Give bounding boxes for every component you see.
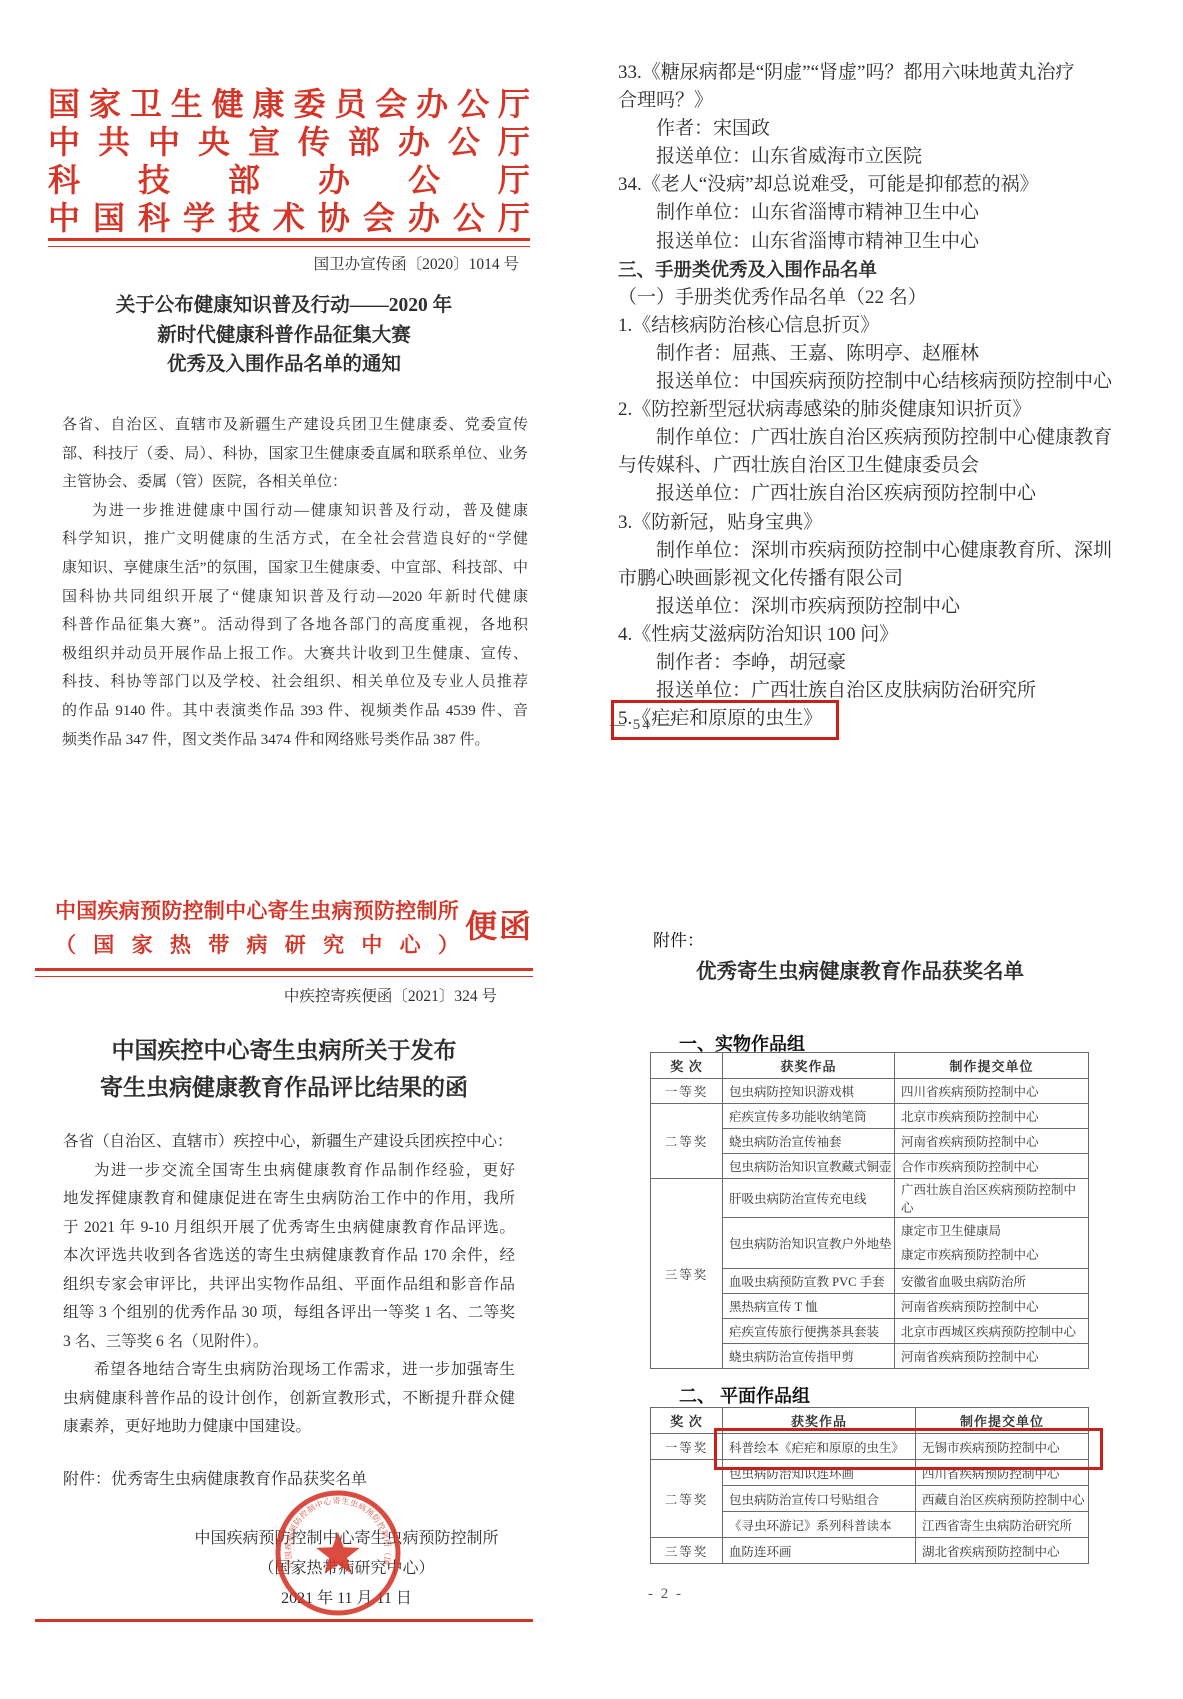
text-line: 报送单位：广西壮族自治区疾病预防控制中心	[618, 480, 1112, 508]
unit-cell: 西藏自治区疾病预防控制中心	[916, 1486, 1089, 1512]
text-line: 康知识、享健康生活”的氛围，国家卫生健康委、中宣部、科技部、中	[62, 554, 528, 583]
text-line: 制作单位：广西壮族自治区疾病预防控制中心健康教育	[618, 424, 1112, 452]
text-line: 部、科技厅（委、局）、科协，国家卫生健康委直属和联系单位、业务	[62, 440, 528, 469]
notice-title-line: 优秀及入围作品名单的通知	[35, 350, 533, 380]
official-seal-icon: 中国疾病预防控制中心寄生虫病预防控制所（国家热带病研究中心）	[272, 1487, 404, 1619]
award-tier-cell: 一等奖	[651, 1434, 723, 1460]
text-line: 的作品 9140 件。其中表演类作品 393 件、视频类作品 4539 件、音	[62, 697, 528, 726]
attachment-note: 附件：优秀寄生虫病健康教育作品获奖名单	[63, 1466, 367, 1489]
column-header: 奖 次	[651, 1408, 723, 1434]
text-line: 科学知识，推广文明健康的生活方式，在全社会营造良好的“学健	[62, 525, 528, 554]
work-title-cell: 包虫病防治知识宣教藏式铜壶	[723, 1154, 895, 1179]
text-line: 地发挥健康教育和健康促进在寄生虫病防治工作中的作用，我所	[63, 1185, 515, 1214]
text-line: 为进一步推进健康中国行动—健康知识普及行动，普及健康	[62, 497, 528, 526]
unit-cell: 江西省寄生虫病防治研究所	[916, 1512, 1089, 1538]
text-line: 各省（自治区、直辖市）疾控中心，新疆生产建设兵团疾控中心：	[63, 1128, 515, 1157]
award-tier-cell: 二等奖	[651, 1460, 723, 1538]
text-line: 本次评选共收到各省选送的寄生虫病健康教育作品 170 余件，经	[63, 1242, 515, 1271]
text-line: 报送单位：深圳市疾病预防控制中心	[618, 593, 1112, 621]
notice-title-line: 关于公布健康知识普及行动——2020 年	[35, 291, 533, 321]
page-number: — 54 —	[610, 717, 675, 734]
memo-title-line: 寄生虫病健康教育作品评比结果的函	[35, 1069, 533, 1106]
column-header: 奖 次	[651, 1053, 723, 1079]
letterhead-line: 中国科学技术协会办公厅	[48, 199, 530, 237]
text-line: 主管协会、委属（管）医院，各相关单位：	[62, 468, 528, 497]
header-row: 奖 次获奖作品制作提交单位	[651, 1053, 1089, 1079]
notice-body: 各省、自治区、直辖市及新疆生产建设兵团卫生健康委、党委宣传部、科技厅（委、局）、…	[62, 411, 528, 754]
letterhead-rule	[48, 238, 530, 247]
text-line: 科普作品征集大赛”。活动得到了各地各部门的高度重视，各地积	[62, 611, 528, 640]
first-prize-highlight-box	[714, 1428, 1103, 1470]
text-line: 与传媒科、广西壮族自治区卫生健康委员会	[618, 452, 1112, 480]
work-title-cell: 蛲虫病防治宣传袖套	[723, 1129, 895, 1154]
text-line: 组织专家会审评比，共评出实物作品组、平面作品组和影音作品	[63, 1271, 515, 1300]
memo-body: 各省（自治区、直辖市）疾控中心，新疆生产建设兵团疾控中心：为进一步交流全国寄生虫…	[63, 1128, 515, 1442]
text-line: 制作者：李峥，胡冠豪	[618, 649, 1112, 677]
letterhead-line: 国家卫生健康委员会办公厅	[48, 85, 530, 123]
work-title-cell: 蛲虫病防治宣传指甲剪	[723, 1344, 895, 1369]
work-title-cell: 疟疾宣传多功能收纳笔筒	[723, 1104, 895, 1129]
memo-footer-rule	[35, 1619, 533, 1622]
text-line: 3 名、三等奖 6 名（见附件）。	[63, 1328, 515, 1357]
memo-org-subline: （国家热带病研究中心）	[55, 928, 459, 962]
text-line: （一）手册类优秀作品名单（22 名）	[618, 284, 1112, 312]
unit-cell: 安徽省血吸虫病防治所	[895, 1269, 1089, 1294]
text-line: 1.《结核病防治核心信息折页》	[618, 312, 1112, 340]
text-line: 合理吗？》	[618, 87, 1112, 115]
unit-cell: 广西壮族自治区疾病预防控制中心	[895, 1179, 1089, 1218]
awards-table: 奖 次获奖作品制作提交单位一等奖包虫病防控知识游戏棋四川省疾病预防控制中心二等奖…	[650, 1052, 1089, 1369]
text-line: 作者：宋国政	[618, 115, 1112, 143]
text-line: 报送单位：中国疾病预防控制中心结核病预防控制中心	[618, 368, 1112, 396]
text-line: 为进一步交流全国寄生虫病健康教育作品制作经验，更好	[63, 1157, 515, 1186]
notice-title-line: 新时代健康科普作品征集大赛	[35, 321, 533, 351]
unit-cell: 河南省疾病预防控制中心	[895, 1129, 1089, 1154]
text-line: 希望各地结合寄生虫病防治现场工作需求，进一步加强寄生	[63, 1356, 515, 1385]
table-row: 一等奖包虫病防控知识游戏棋四川省疾病预防控制中心	[651, 1079, 1089, 1104]
text-line: 于 2021 年 9-10 月组织开展了优秀寄生虫病健康教育作品评选。	[63, 1214, 515, 1243]
table-row: 三等奖血防连环画湖北省疾病预防控制中心	[651, 1538, 1089, 1564]
award-tier-cell: 一等奖	[651, 1079, 723, 1104]
memo-type-label: 便函	[465, 906, 533, 946]
text-line: 5.《疟疟和原原的虫生》	[618, 705, 1112, 740]
text-line: 2.《防控新型冠状病毒感染的肺炎健康知识折页》	[618, 396, 1112, 424]
text-line: 科技、科协等部门以及学校、社会组织、相关单位及专业人员推荐	[62, 668, 528, 697]
notice-title: 关于公布健康知识普及行动——2020 年 新时代健康科普作品征集大赛 优秀及入围…	[35, 291, 533, 380]
work-title-cell: 血防连环画	[723, 1538, 916, 1564]
memo-letterhead: 中国疾病预防控制中心寄生虫病预防控制所 （国家热带病研究中心）	[55, 894, 459, 962]
table-row: 三等奖肝吸虫病防治宣传充电线广西壮族自治区疾病预防控制中心	[651, 1179, 1089, 1218]
text-line: 市鹏心映画影视文化传播有限公司	[618, 565, 1112, 593]
work-title-cell: 包虫病防控知识游戏棋	[723, 1079, 895, 1104]
awards-page: 附件： 优秀寄生虫病健康教育作品获奖名单 一、实物作品组 奖 次获奖作品制作提交…	[595, 920, 1173, 1620]
unit-cell: 合作市疾病预防控制中心	[895, 1154, 1089, 1179]
awards-title: 优秀寄生虫病健康教育作品获奖名单	[595, 954, 1173, 984]
memo-org-line: 中国疾病预防控制中心寄生虫病预防控制所	[55, 894, 459, 928]
work-title-cell: 包虫病防治宣传口号贴组合	[723, 1486, 916, 1512]
work-title-cell: 包虫病防治知识宣教户外地垫	[723, 1218, 895, 1269]
unit-cell: 北京市西城区疾病预防控制中心	[895, 1319, 1089, 1344]
work-title-cell: 黑热病宣传 T 恤	[723, 1294, 895, 1319]
text-line: 国科协共同组织开展了“健康知识普及行动—2020 年新时代健康	[62, 583, 528, 612]
memo-title: 中国疾控中心寄生虫病所关于发布 寄生虫病健康教育作品评比结果的函	[35, 1032, 533, 1106]
attachment-label: 附件：	[653, 926, 704, 951]
physical-works-table: 奖 次获奖作品制作提交单位一等奖包虫病防控知识游戏棋四川省疾病预防控制中心二等奖…	[650, 1052, 1089, 1369]
section-heading-graphic-works: 二、 平面作品组	[679, 1382, 810, 1408]
text-line: 康素养，更好地助力健康中国建设。	[63, 1413, 515, 1442]
page-number: - 2 -	[648, 1586, 683, 1603]
letterhead-line: 科技部办公厅	[48, 161, 530, 199]
award-list-page: 33.《糖尿病都是“阴虚”“肾虚”吗？都用六味地黄丸治疗合理吗？》作者：宋国政报…	[600, 55, 1175, 765]
award-tier-cell: 二等奖	[651, 1104, 723, 1179]
text-line: 制作单位：山东省淄博市精神卫生中心	[618, 199, 1112, 227]
column-header: 制作提交单位	[895, 1053, 1089, 1079]
work-title-cell: 肝吸虫病防治宣传充电线	[723, 1179, 895, 1218]
unit-cell: 北京市疾病预防控制中心	[895, 1104, 1089, 1129]
text-line: 三、手册类优秀及入围作品名单	[618, 256, 1112, 284]
text-line: 极组织并动员开展作品上报工作。大赛共计收到卫生健康、宣传、	[62, 640, 528, 669]
text-line: 33.《糖尿病都是“阴虚”“肾虚”吗？都用六味地黄丸治疗	[618, 59, 1112, 87]
text-line: 虫病健康科普作品的设计创作，创新宣教形式，不断提升群众健	[63, 1385, 515, 1414]
memo-title-line: 中国疾控中心寄生虫病所关于发布	[35, 1032, 533, 1069]
column-header: 获奖作品	[723, 1053, 895, 1079]
text-line: 报送单位：山东省淄博市精神卫生中心	[618, 228, 1112, 256]
award-tier-cell: 三等奖	[651, 1538, 723, 1564]
memo-document-number: 中疾控寄疾便函〔2021〕324 号	[35, 984, 533, 1006]
memo-rule	[35, 968, 533, 977]
text-line: 频类作品 347 件，图文类作品 3474 件和网络账号类作品 387 件。	[62, 726, 528, 755]
text-line: 组等 3 个组别的优秀作品 30 项，每组各评出一等奖 1 名、二等奖	[63, 1299, 515, 1328]
table-row: 二等奖疟疾宣传多功能收纳笔筒北京市疾病预防控制中心	[651, 1104, 1089, 1129]
document-number: 国卫办宣传函〔2020〕1014 号	[314, 252, 519, 274]
letterhead: 国家卫生健康委员会办公厅 中共中央宣传部办公厅 科技部办公厅 中国科学技术协会办…	[48, 85, 530, 237]
text-line: 制作者：屈燕、王嘉、陈明亭、赵雁林	[618, 340, 1112, 368]
text-line: 3.《防新冠，贴身宝典》	[618, 509, 1112, 537]
work-title-cell: 疟疾宣传旅行便携茶具套装	[723, 1319, 895, 1344]
notice-page: 国家卫生健康委员会办公厅 中共中央宣传部办公厅 科技部办公厅 中国科学技术协会办…	[35, 85, 533, 785]
work-title-cell: 《寻虫环游记》系列科普读本	[723, 1512, 916, 1538]
award-tier-cell: 三等奖	[651, 1179, 723, 1369]
text-line: 报送单位：山东省威海市立医院	[618, 143, 1112, 171]
text-line: 制作单位：深圳市疾病预防控制中心健康教育所、深圳	[618, 537, 1112, 565]
text-line: 4.《性病艾滋病防治知识 100 问》	[618, 621, 1112, 649]
letterhead-line: 中共中央宣传部办公厅	[48, 123, 530, 161]
award-list: 33.《糖尿病都是“阴虚”“肾虚”吗？都用六味地黄丸治疗合理吗？》作者：宋国政报…	[618, 59, 1112, 740]
memo-page: 中国疾病预防控制中心寄生虫病预防控制所 （国家热带病研究中心） 便函 中疾控寄疾…	[35, 890, 533, 1650]
unit-cell: 河南省疾病预防控制中心	[895, 1294, 1089, 1319]
work-title-cell: 血吸虫病预防宣教 PVC 手套	[723, 1269, 895, 1294]
text-line: 各省、自治区、直辖市及新疆生产建设兵团卫生健康委、党委宣传	[62, 411, 528, 440]
unit-cell: 康定市卫生健康局康定市疾病预防控制中心	[895, 1218, 1089, 1269]
document-scan: 国家卫生健康委员会办公厅 中共中央宣传部办公厅 科技部办公厅 中国科学技术协会办…	[0, 0, 1183, 1699]
text-line: 34.《老人“没病”却总说难受，可能是抑郁惹的祸》	[618, 171, 1112, 199]
unit-cell: 四川省疾病预防控制中心	[895, 1079, 1089, 1104]
unit-cell: 河南省疾病预防控制中心	[895, 1344, 1089, 1369]
unit-cell: 湖北省疾病预防控制中心	[916, 1538, 1089, 1564]
